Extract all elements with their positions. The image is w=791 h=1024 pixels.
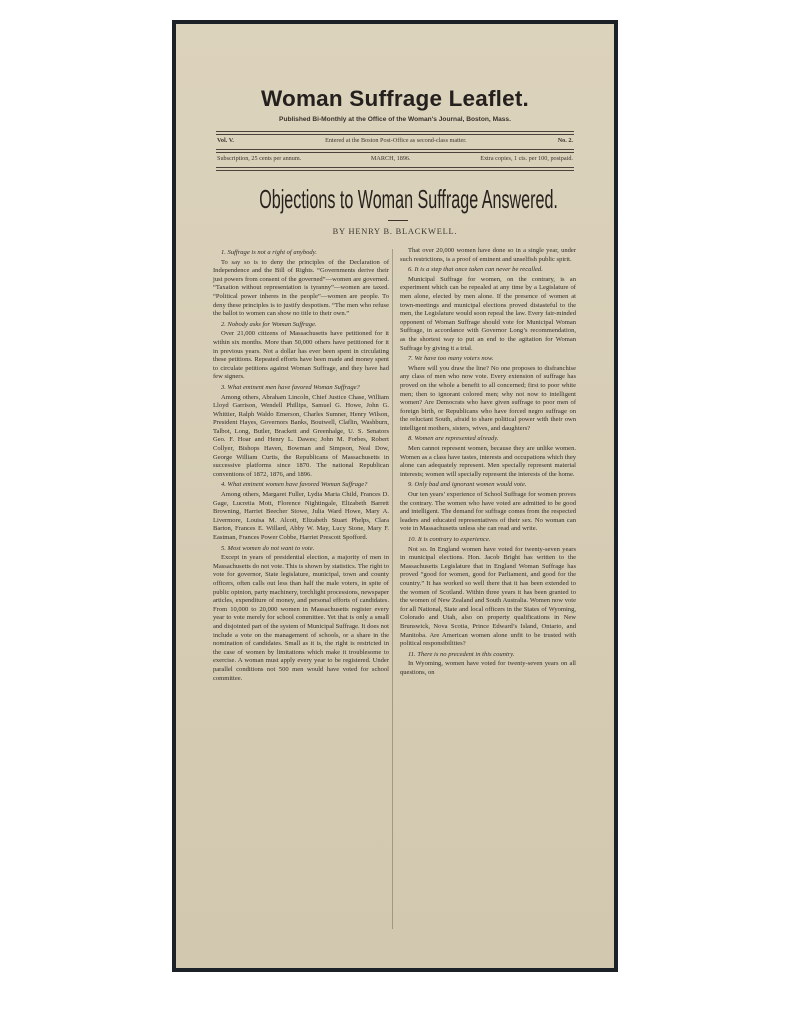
answer-paragraph: Municipal Suffrage for women, on the con… <box>400 276 576 353</box>
objection-heading: 5. Most women do not want to vote. <box>213 545 389 554</box>
issue-date: MARCH, 1896. <box>371 155 411 162</box>
column-divider <box>392 249 393 929</box>
postal-entry-note: Entered at the Boston Post-Office as sec… <box>325 137 466 144</box>
answer-paragraph: Except in years of presidential election… <box>213 554 389 683</box>
answer-paragraph: Over 21,000 citizens of Massachusetts ha… <box>213 330 389 382</box>
objection-heading: 1. Suffrage is not a right of anybody. <box>213 249 389 258</box>
answer-paragraph: To say so is to deny the principles of t… <box>213 259 389 319</box>
volume-label: Vol. V. <box>217 137 234 144</box>
objection-heading: 11. There is no precedent in this countr… <box>400 651 576 660</box>
answer-paragraph: Where will you draw the line? No one pro… <box>400 365 576 434</box>
answer-paragraph: Among others, Abraham Lincoln, Chief Jus… <box>213 394 389 480</box>
article-title: Objections to Woman Suffrage Answered. <box>259 184 531 215</box>
info-row-subscription: Subscription, 25 cents per annum. MARCH,… <box>217 155 573 162</box>
objection-heading: 7. We have too many voters now. <box>400 355 576 364</box>
objection-heading: 3. What eminent men have favored Woman S… <box>213 384 389 393</box>
title-underline <box>388 220 408 221</box>
objection-heading: 8. Women are represented already. <box>400 435 576 444</box>
answer-paragraph: Our ten years’ experience of School Suff… <box>400 491 576 534</box>
document-frame: Woman Suffrage Leaflet. Published Bi-Mon… <box>172 20 618 972</box>
objection-heading: 4. What eminent women have favored Woman… <box>213 481 389 490</box>
answer-paragraph: Among others, Margaret Fuller, Lydia Mar… <box>213 491 389 543</box>
issue-number: No. 2. <box>558 137 573 144</box>
rule-divider <box>216 167 574 171</box>
objection-heading: 10. It is contrary to experience. <box>400 536 576 545</box>
extra-copies-price: Extra copies, 1 cts. per 100, postpaid. <box>480 155 573 162</box>
objection-heading: 9. Only bad and ignorant women would vot… <box>400 481 576 490</box>
article-byline: BY HENRY B. BLACKWELL. <box>176 227 614 236</box>
answer-paragraph: Men cannot represent women, because they… <box>400 445 576 479</box>
answer-paragraph: Not so. In England women have voted for … <box>400 546 576 649</box>
rule-divider <box>216 149 574 153</box>
answer-paragraph: That over 20,000 women have done so in a… <box>400 247 576 264</box>
info-row-volume: Vol. V. Entered at the Boston Post-Offic… <box>217 137 573 144</box>
left-column: 1. Suffrage is not a right of anybody.To… <box>213 247 389 683</box>
rule-divider <box>216 131 574 135</box>
masthead-title: Woman Suffrage Leaflet. <box>176 86 614 112</box>
leaflet-page: Woman Suffrage Leaflet. Published Bi-Mon… <box>176 24 614 968</box>
objection-heading: 6. It is a step that once taken can neve… <box>400 266 576 275</box>
answer-paragraph: In Wyoming, women have voted for twenty-… <box>400 660 576 677</box>
right-column: That over 20,000 women have done so in a… <box>400 247 576 678</box>
masthead-subtitle: Published Bi-Monthly at the Office of th… <box>176 116 614 123</box>
objection-heading: 2. Nobody asks for Woman Suffrage. <box>213 321 389 330</box>
subscription-price: Subscription, 25 cents per annum. <box>217 155 301 162</box>
